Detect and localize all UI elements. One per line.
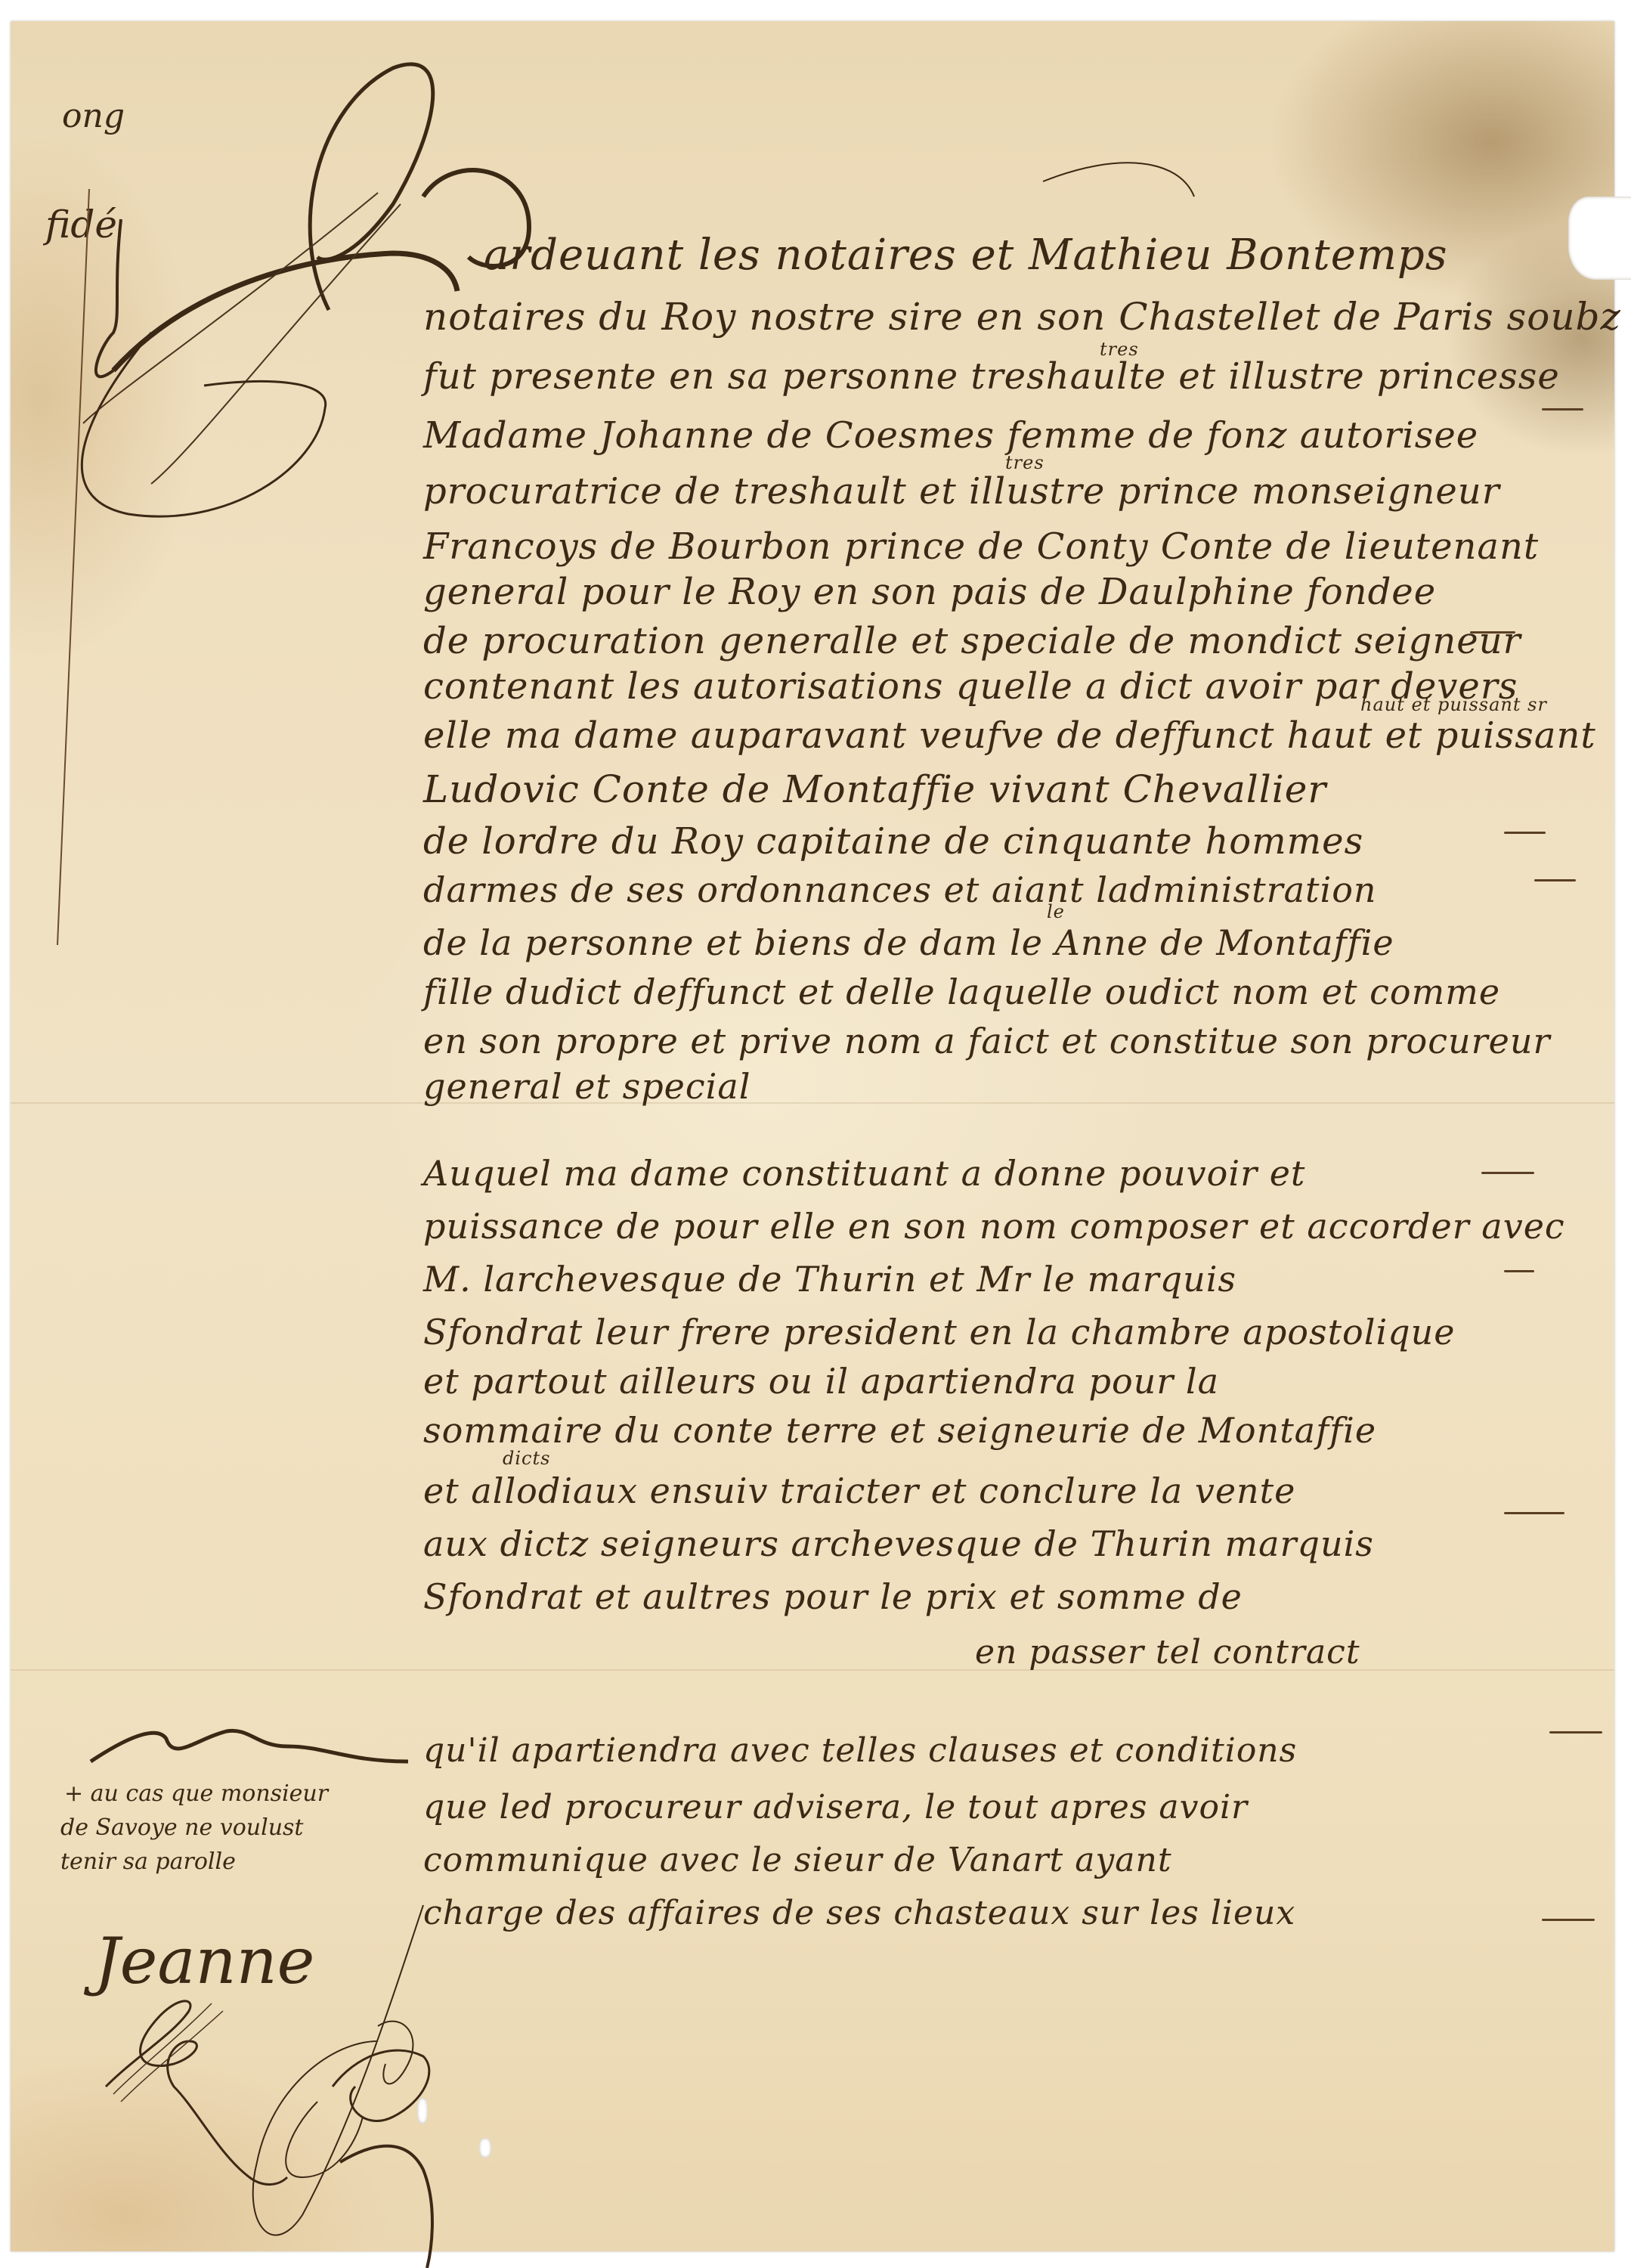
notary-paraph-2 xyxy=(0,0,1631,2268)
